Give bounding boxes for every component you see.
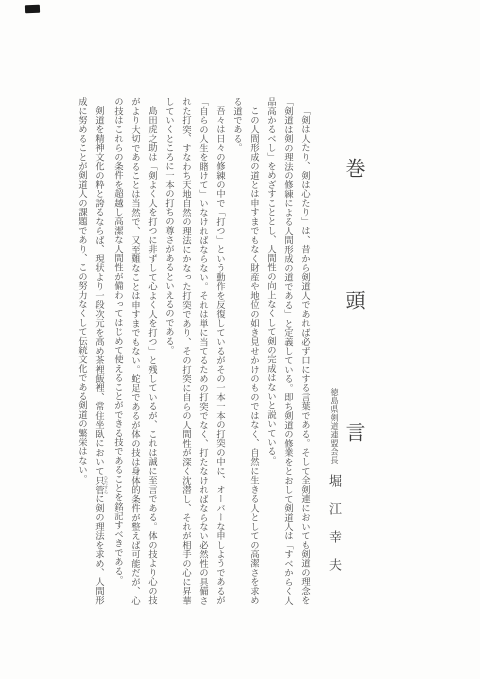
author-affiliation: 徳島県剣道連盟会長: [330, 388, 339, 465]
author-block: 徳島県剣道連盟会長堀江幸夫: [327, 86, 342, 679]
scanned-page: 巻 頭 言 徳島県剣道連盟会長堀江幸夫 「剣は人たり、剣は心たり」は、昔から剣道…: [0, 0, 480, 679]
body-paragraph-5: 剣道を精神文化の粋と誇るならば、現状より一段次元を高め茶裡飯裡、常住坐臥において…: [73, 97, 109, 605]
body-text: 「剣は人たり、剣は心たり」は、昔から剣道人であれば必ず口にする言葉である。そして…: [73, 97, 313, 605]
paragraph-5-text-start: 剣道を精神文化の粋と誇るならば、現状より一段次元を高め茶裡飯裡、常住坐臥において: [94, 106, 104, 476]
body-paragraph-3: 吾々は日々の修練の中で「打つ」という動作を反復しているがその一本一本の打突の中に…: [160, 97, 228, 605]
body-paragraph-2: この人間形成の道とは申すまでもなく財産や地位の如き見せかけのものではなく、自然に…: [228, 97, 262, 605]
author-name: 堀江幸夫: [327, 474, 342, 586]
ruby-base: 只管: [94, 476, 104, 494]
page-content: 巻 頭 言 徳島県剣道連盟会長堀江幸夫 「剣は人たり、剣は心たり」は、昔から剣道…: [0, 0, 480, 679]
ruby-reading: ひたすら: [104, 476, 109, 494]
body-paragraph-1: 「剣は人たり、剣は心たり」は、昔から剣道人であれば必ず口にする言葉である。そして…: [262, 97, 313, 605]
ruby-hitasura: 只管ひたすら: [94, 476, 104, 494]
body-paragraph-4: 島田虎之助は「剣よく人を打つに非ずして心よく人を打つ」と残しているが、これは誠に…: [109, 97, 160, 605]
page-title: 巻 頭 言: [342, 86, 364, 679]
